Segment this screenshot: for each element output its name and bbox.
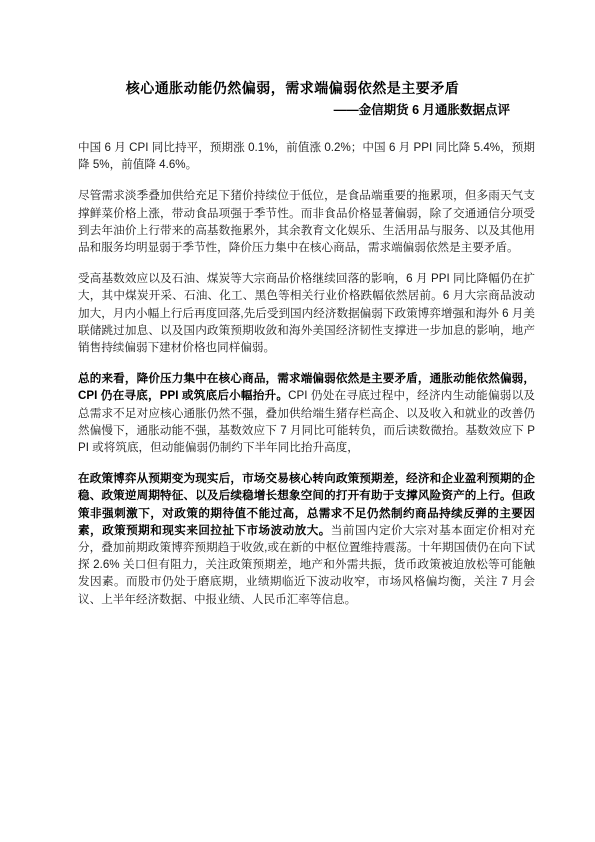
paragraph-policy-market-outlook: 在政策博弈从预期变为现实后，市场交易核心转向政策预期差，经济和企业盈利预期的企稳… bbox=[78, 470, 535, 608]
paragraph-ppi-analysis: 受高基数效应以及石油、煤炭等大宗商品价格继续回落的影响，6 月 PPI 同比降幅… bbox=[78, 270, 535, 356]
paragraph-cpi-ppi-summary: 中国 6 月 CPI 同比持平，预期涨 0.1%，前值涨 0.2%；中国 6 月… bbox=[78, 139, 535, 173]
document-title: 核心通胀动能仍然偏弱，需求端偏弱依然是主要矛盾 bbox=[78, 78, 507, 98]
paragraph-overall-outlook: 总的来看，降价压力集中在核心商品，需求端偏弱依然是主要矛盾，通胀动能依然偏弱，C… bbox=[78, 370, 535, 456]
document-page: 核心通胀动能仍然偏弱，需求端偏弱依然是主要矛盾 ——金信期货 6 月通胀数据点评… bbox=[0, 0, 595, 842]
paragraph-body-text: 受高基数效应以及石油、煤炭等大宗商品价格继续回落的影响，6 月 PPI 同比降幅… bbox=[78, 272, 535, 354]
paragraph-cpi-analysis: 尽管需求淡季叠加供给充足下猪价持续位于低位，是食品端重要的拖累项，但多雨天气支撑… bbox=[78, 187, 535, 256]
paragraph-body-text: 尽管需求淡季叠加供给充足下猪价持续位于低位，是食品端重要的拖累项，但多雨天气支撑… bbox=[78, 189, 535, 254]
document-subtitle: ——金信期货 6 月通胀数据点评 bbox=[78, 101, 510, 119]
paragraph-body-text: 中国 6 月 CPI 同比持平，预期涨 0.1%，前值涨 0.2%；中国 6 月… bbox=[78, 141, 535, 171]
